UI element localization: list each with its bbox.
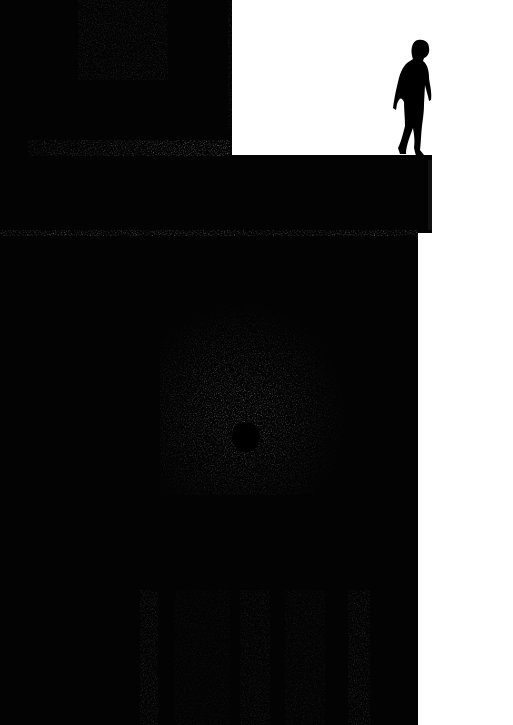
main-building-body [0, 230, 418, 725]
upper-tower-block [0, 0, 230, 158]
artwork-scene [0, 0, 513, 725]
rooftop-ledge [0, 155, 432, 233]
walking-man-silhouette [388, 38, 436, 160]
